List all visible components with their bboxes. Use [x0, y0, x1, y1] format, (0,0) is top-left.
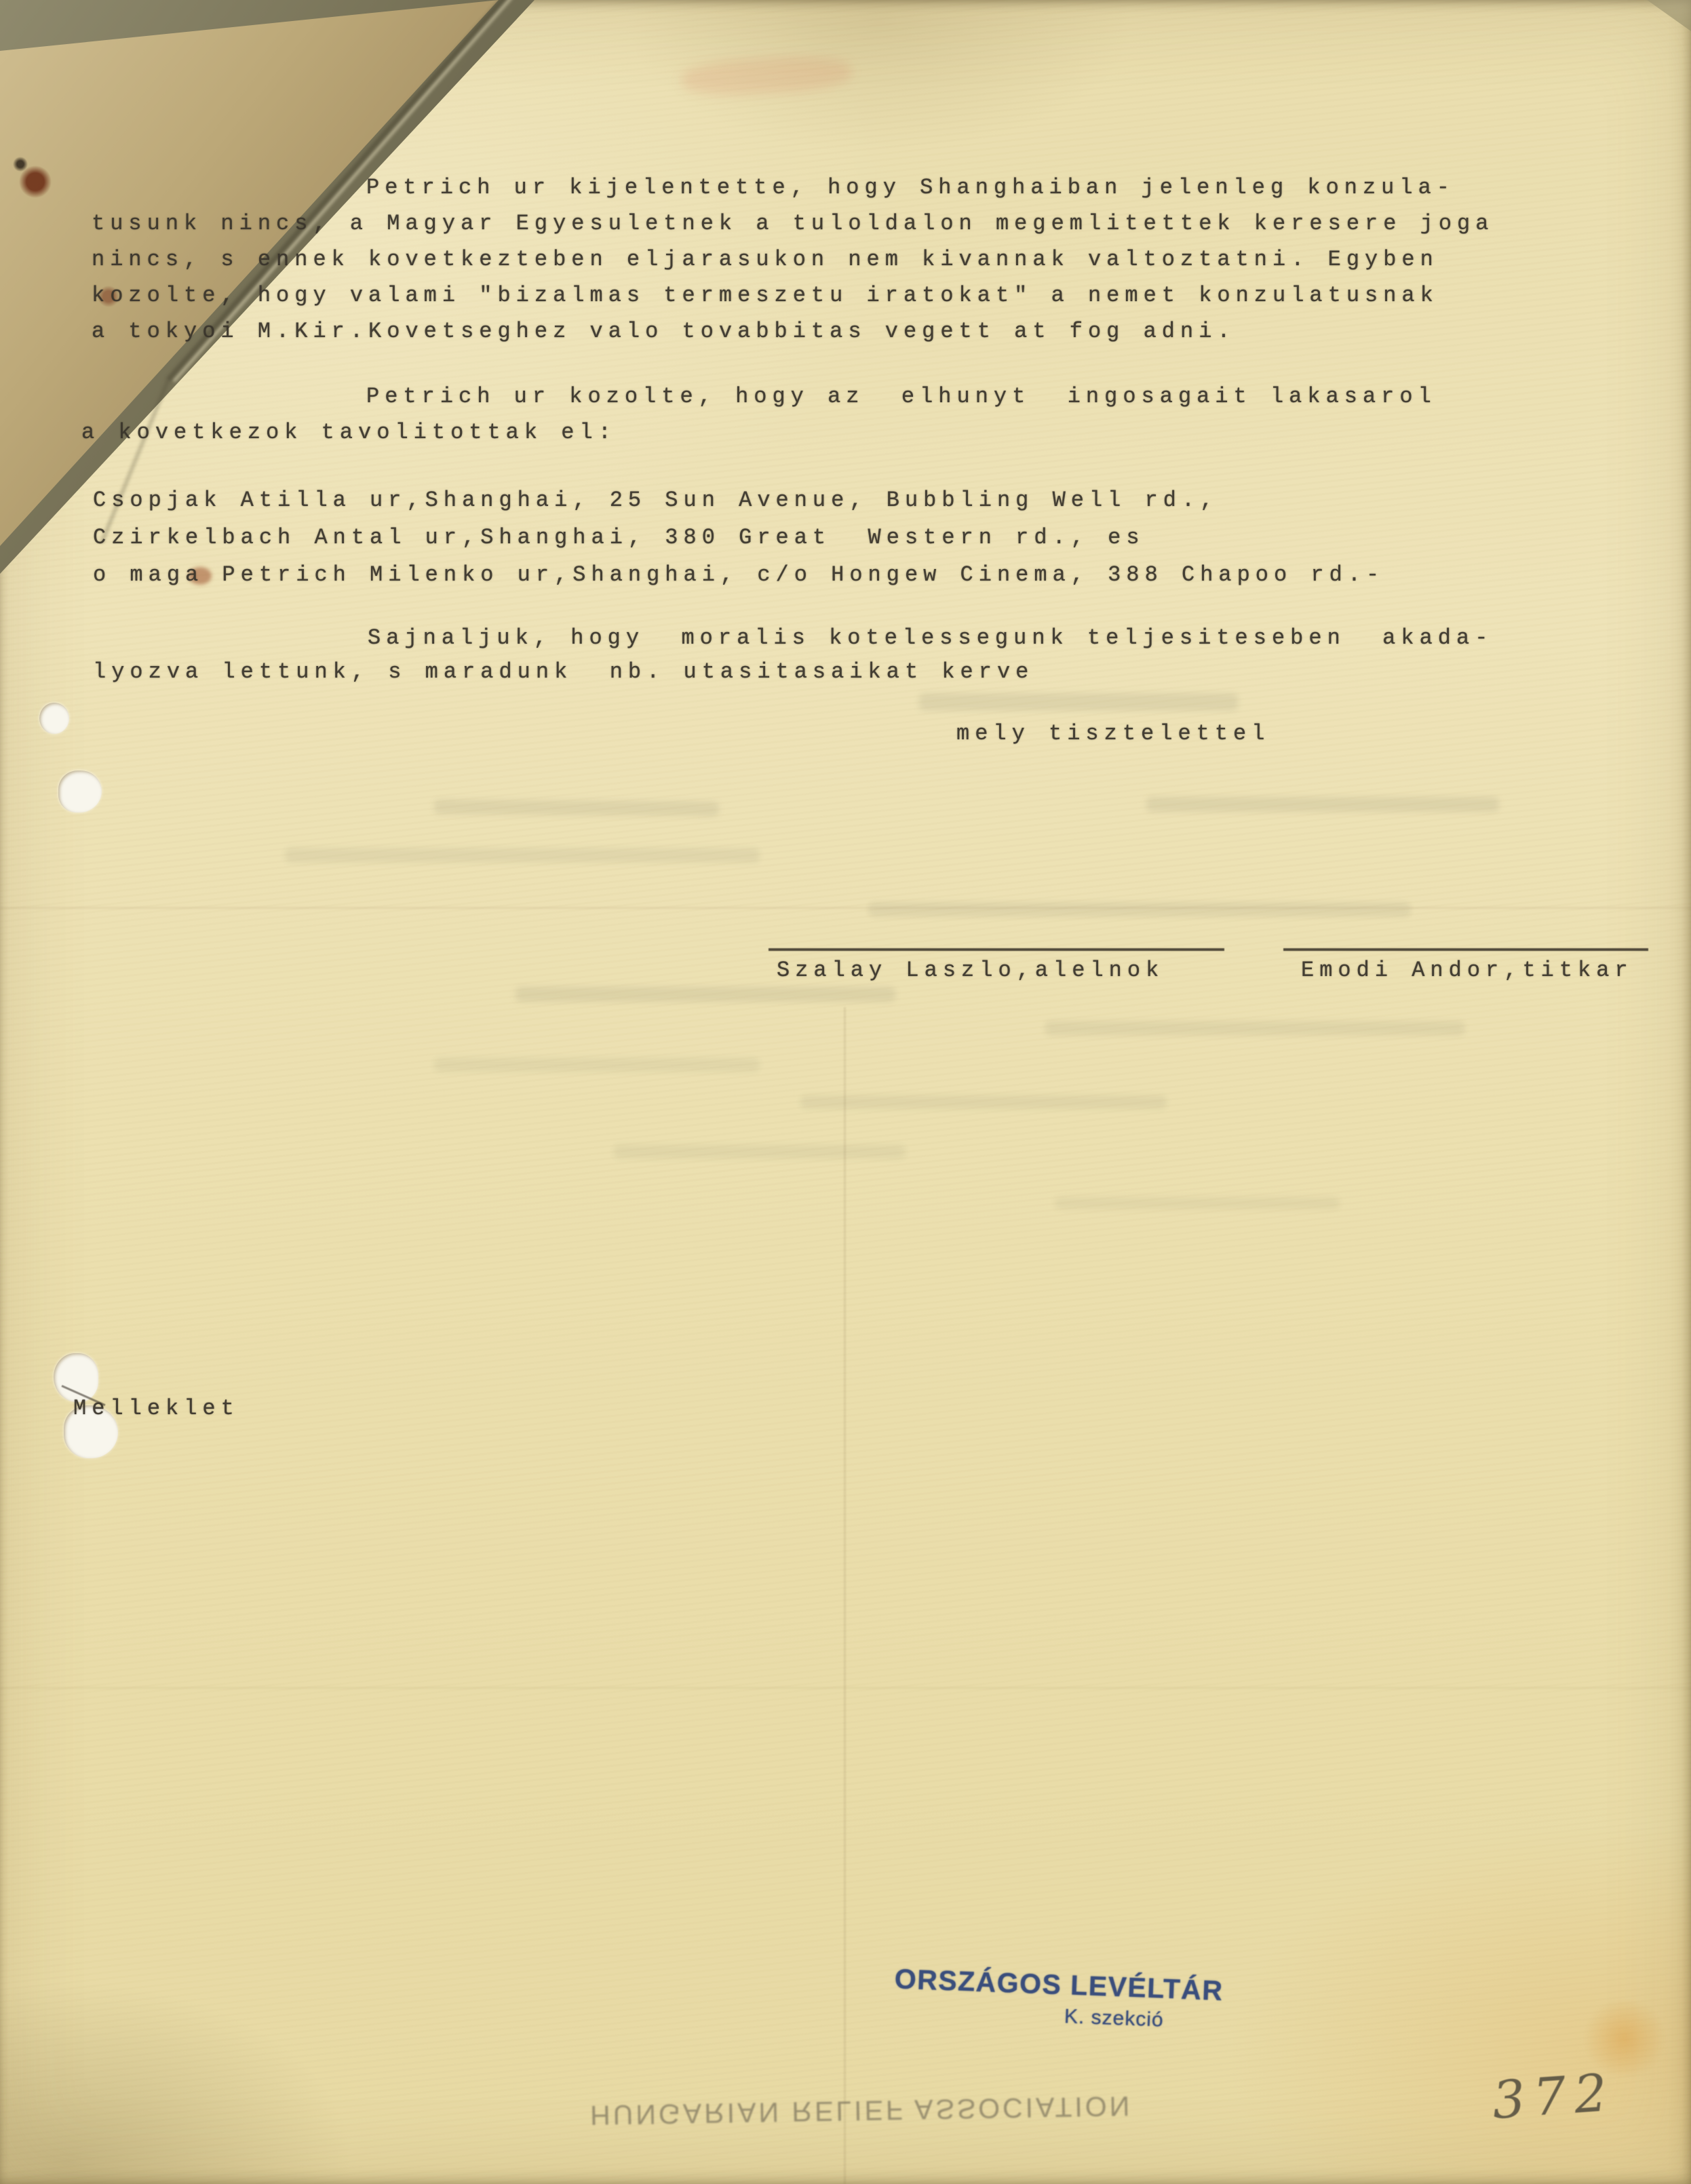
text-line: tusunk nincs, a Magyar Egyesuletnek a tu…	[92, 206, 1494, 241]
attachment-note: Melleklet	[73, 1390, 239, 1426]
show-through-smudge	[516, 987, 895, 1002]
text-line: nincs, s ennek kovetkezteben eljarasukon…	[92, 241, 1494, 277]
signature-right: Emodi Andor,titkar	[1283, 948, 1648, 983]
show-through-smudge	[1146, 797, 1499, 812]
text-line: lyozva lettunk, s maradunk nb. utasitasa…	[93, 655, 1493, 689]
show-through-smudge	[285, 848, 760, 863]
show-through-smudge	[434, 1058, 760, 1072]
top-right-corner-shadow	[1642, 0, 1691, 31]
address-line: o maga Petrich Milenko ur,Shanghai, c/o …	[93, 556, 1384, 593]
vertical-fold-crease	[844, 1007, 846, 2184]
signature-left: Szalay Laszlo,alelnok	[769, 948, 1224, 983]
address-list: Csopjak Atilla ur,Shanghai, 25 Sun Avenu…	[93, 482, 1384, 593]
paragraph-consulate-statement: Petrich ur kijelentette, hogy Shanghaiba…	[92, 170, 1494, 349]
text-line: Petrich ur kozolte, hogy az elhunyt ingo…	[81, 378, 1437, 414]
closing-salutation: mely tisztelettel	[956, 716, 1270, 752]
show-through-smudge	[614, 1145, 906, 1158]
scanned-letter-page: Petrich ur kijelentette, hogy Shanghaiba…	[0, 0, 1691, 2184]
text-line: a tokyoi M.Kir.Kovetseghez valo tovabbit…	[92, 313, 1494, 349]
show-through-letterhead: HUNGARIAN RELIEF ASSOCIATION	[590, 2090, 1133, 2131]
show-through-smudge	[919, 693, 1238, 711]
red-smudge	[681, 54, 852, 98]
handwritten-page-number: 372	[1490, 2062, 1617, 2130]
text-line: a kovetkezok tavolitottak el:	[81, 414, 1437, 450]
horizontal-fold-crease	[0, 1687, 1691, 1689]
address-line: Csopjak Atilla ur,Shanghai, 25 Sun Avenu…	[93, 482, 1384, 519]
paragraph-regret: Sajnaljuk, hogy moralis kotelessegunk te…	[93, 621, 1493, 689]
show-through-smudge	[800, 1095, 1167, 1109]
show-through-smudge	[434, 800, 719, 817]
text-line: mely tisztelettel	[956, 716, 1270, 752]
text-line: Sajnaljuk, hogy moralis kotelessegunk te…	[93, 621, 1493, 655]
punch-hole	[39, 703, 69, 734]
signature-name-right: Emodi Andor,titkar	[1283, 951, 1648, 983]
show-through-smudge	[1045, 1021, 1465, 1036]
text-line: Melleklet	[73, 1390, 239, 1426]
show-through-smudge	[1055, 1197, 1340, 1209]
punch-hole	[58, 771, 102, 813]
paragraph-belongings-removed: Petrich ur kozolte, hogy az elhunyt ingo…	[81, 378, 1437, 450]
stamp-section: K. szekció	[1064, 2005, 1222, 2034]
address-line: Czirkelbach Antal ur,Shanghai, 380 Great…	[93, 519, 1384, 556]
stamp-title: ORSZÁGOS LEVÉLTÁR	[894, 1963, 1224, 2007]
text-line: kozolte, hogy valami "bizalmas termeszet…	[92, 277, 1494, 313]
signature-name-left: Szalay Laszlo,alelnok	[769, 951, 1224, 983]
archive-stamp: ORSZÁGOS LEVÉLTÁR K. szekció	[893, 1963, 1224, 2034]
text-line: Petrich ur kijelentette, hogy Shanghaiba…	[92, 170, 1494, 206]
horizontal-fold-crease	[0, 907, 1691, 909]
show-through-smudge	[868, 902, 1411, 917]
